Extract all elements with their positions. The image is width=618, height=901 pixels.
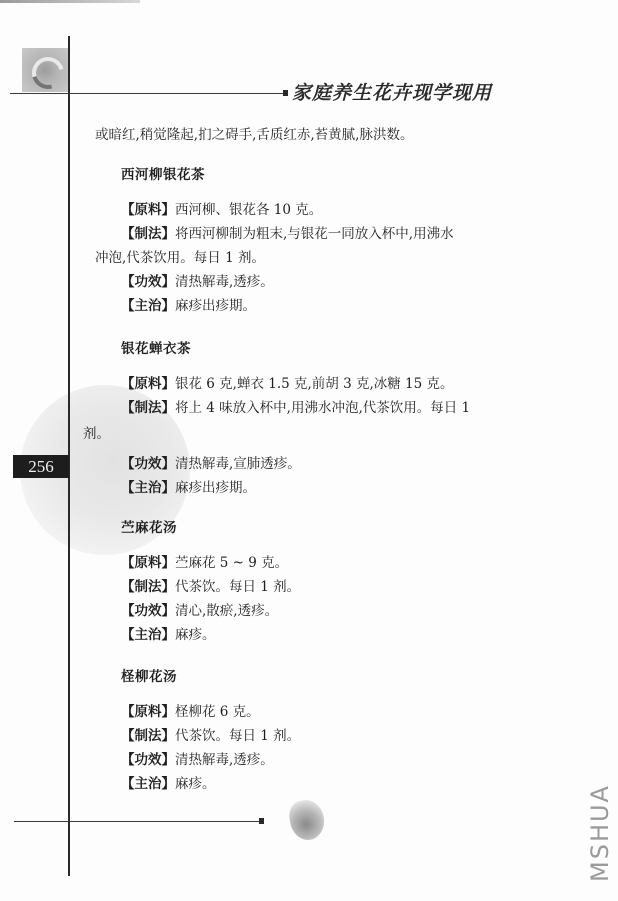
label-indication: 【主治】 — [121, 627, 175, 643]
ingredients-text: 柽柳花 6 克。 — [175, 704, 260, 720]
indication-text: 麻疹。 — [175, 776, 216, 792]
method-text: 将西河柳制为粗末,与银花一同放入杯中,用沸水 — [175, 226, 454, 242]
recipe-title: 苎麻花汤 — [121, 516, 177, 540]
effect-text: 清心,散瘀,透疹。 — [175, 603, 278, 619]
top-edge-strip — [0, 0, 140, 3]
footer-rule-endcap — [259, 818, 264, 824]
recipe-method-continuation: 剂。 — [83, 422, 110, 446]
corner-decoration-icon — [22, 48, 68, 92]
label-ingredients: 【原料】 — [121, 202, 175, 218]
recipe-method: 【制法】代茶饮。每日 1 剂。 — [121, 724, 300, 748]
recipe-indication: 【主治】麻疹。 — [121, 623, 216, 647]
method-text: 代茶饮。每日 1 剂。 — [175, 579, 300, 595]
recipe-ingredients: 【原料】银花 6 克,蝉衣 1.5 克,前胡 3 克,冰糖 15 克。 — [121, 372, 454, 396]
label-ingredients: 【原料】 — [121, 376, 175, 392]
recipe-effect: 【功效】清热解毒,宣肺透疹。 — [121, 452, 301, 476]
recipe-indication: 【主治】麻疹。 — [121, 772, 216, 796]
recipe-indication: 【主治】麻疹出疹期。 — [121, 476, 256, 500]
method-text: 将上 4 味放入杯中,用沸水冲泡,代茶饮用。每日 1 — [175, 400, 470, 416]
recipe-title: 柽柳花汤 — [121, 665, 177, 689]
effect-text: 清热解毒,透疹。 — [175, 752, 274, 768]
ingredients-text: 西河柳、银花各 10 克。 — [175, 202, 322, 218]
method-text: 代茶饮。每日 1 剂。 — [175, 728, 300, 744]
recipe-method: 【制法】将西河柳制为粗末,与银花一同放入杯中,用沸水 — [121, 222, 454, 246]
ingredients-text: 苎麻花 5 ~ 9 克。 — [175, 555, 288, 571]
indication-text: 麻疹。 — [175, 627, 216, 643]
label-method: 【制法】 — [121, 226, 175, 242]
label-effect: 【功效】 — [121, 274, 175, 290]
recipe-effect: 【功效】清心,散瘀,透疹。 — [121, 599, 278, 623]
watermark: MSHUA — [586, 792, 614, 882]
recipe-effect: 【功效】清热解毒,透疹。 — [121, 270, 274, 294]
label-effect: 【功效】 — [121, 456, 175, 472]
indication-text: 麻疹出疹期。 — [175, 480, 256, 496]
label-method: 【制法】 — [121, 728, 175, 744]
header-rule — [10, 93, 285, 94]
recipe-effect: 【功效】清热解毒,透疹。 — [121, 748, 274, 772]
recipe-method: 【制法】代茶饮。每日 1 剂。 — [121, 575, 300, 599]
ingredients-text: 银花 6 克,蝉衣 1.5 克,前胡 3 克,冰糖 15 克。 — [175, 376, 454, 392]
header-rule-endcap — [283, 90, 288, 96]
recipe-method-continuation: 冲泡,代茶饮用。每日 1 剂。 — [95, 246, 265, 270]
label-ingredients: 【原料】 — [121, 555, 175, 571]
recipe-title: 银花蝉衣茶 — [121, 337, 191, 361]
indication-text: 麻疹出疹期。 — [175, 298, 256, 314]
label-effect: 【功效】 — [121, 603, 175, 619]
label-ingredients: 【原料】 — [121, 704, 175, 720]
footer-rule — [14, 821, 262, 822]
label-indication: 【主治】 — [121, 480, 175, 496]
recipe-ingredients: 【原料】苎麻花 5 ~ 9 克。 — [121, 551, 288, 575]
recipe-method: 【制法】将上 4 味放入杯中,用沸水冲泡,代茶饮用。每日 1 — [121, 396, 470, 420]
label-method: 【制法】 — [121, 400, 175, 416]
label-indication: 【主治】 — [121, 298, 175, 314]
intro-line: 或暗红,稍觉隆起,扪之碍手,舌质红赤,苔黄腻,脉洪数。 — [95, 123, 413, 147]
page-number: 256 — [13, 455, 69, 478]
swirl-icon — [26, 51, 70, 95]
label-effect: 【功效】 — [121, 752, 175, 768]
recipe-ingredients: 【原料】柽柳花 6 克。 — [121, 700, 260, 724]
effect-text: 清热解毒,透疹。 — [175, 274, 274, 290]
recipe-title: 西河柳银花茶 — [121, 163, 205, 187]
recipe-indication: 【主治】麻疹出疹期。 — [121, 294, 256, 318]
label-method: 【制法】 — [121, 579, 175, 595]
running-header-title: 家庭养生花卉现学现用 — [292, 78, 492, 105]
recipe-ingredients: 【原料】西河柳、银花各 10 克。 — [121, 198, 322, 222]
label-indication: 【主治】 — [121, 776, 175, 792]
effect-text: 清热解毒,宣肺透疹。 — [175, 456, 301, 472]
